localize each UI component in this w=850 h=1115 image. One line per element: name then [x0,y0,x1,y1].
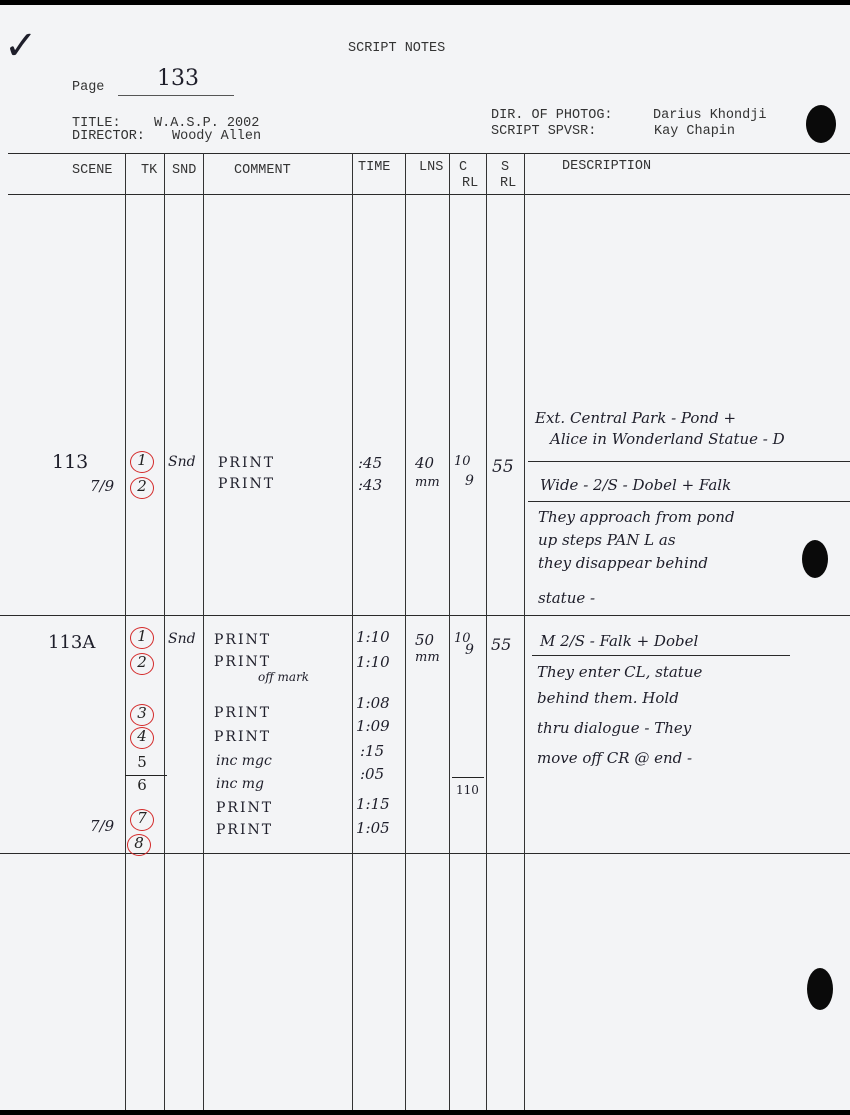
take-time: :05 [360,765,384,783]
take-number: 5 [131,753,153,771]
description-line: behind them. Hold [537,689,679,707]
col-header-snd: SND [172,163,196,178]
col-header-description: DESCRIPTION [562,159,651,174]
lens-unit: mm [415,650,440,665]
sound-roll: 55 [491,635,511,654]
col-rule-lns [405,153,406,1110]
take-comment: PRINT [218,455,275,471]
description-rule [532,655,790,656]
description-line: thru dialogue - They [537,719,691,737]
col-rule-comment [203,153,204,1110]
col-rule-tk [125,153,126,1110]
director-value: Woody Allen [172,129,261,144]
dop-label: DIR. OF PHOTOG: [491,108,613,123]
col-rule-time [352,153,353,1110]
take-comment: PRINT [214,654,271,670]
lens-unit: mm [415,475,440,490]
camera-roll-change: 110 [456,783,479,797]
table-top-rule [8,153,850,154]
camera-roll-sub: 9 [465,642,474,658]
take-comment: PRINT [218,476,275,492]
col-rule-snd [164,153,165,1110]
take-number: 1 [131,627,153,645]
lens: 40 [415,454,434,472]
description-line: statue - [538,589,595,607]
camera-roll: 10 [454,454,471,469]
take-comment: PRINT [216,822,273,838]
take-number: 7 [131,809,153,827]
roll-change-rule [452,777,484,778]
take-time: :45 [358,454,382,472]
sound-roll: 55 [492,457,514,477]
scene-number: 113 [52,451,88,473]
punch-hole-middle [802,540,828,578]
take-comment: PRINT [214,729,271,745]
description-rule [528,501,850,502]
take-time: 1:08 [356,694,390,712]
page-underline [118,95,234,96]
col-header-comment: COMMENT [234,163,291,178]
take-time: :43 [358,476,382,494]
col-rule-crl [449,153,450,1110]
camera-roll-sub: 9 [465,473,474,489]
form-title: SCRIPT NOTES [348,41,445,56]
take-number: 8 [128,834,150,852]
description-shot: Wide - 2/S - Dobel + Falk [540,476,731,494]
take-note: off mark [258,670,309,684]
col-rule-description [524,153,525,1110]
col-header-srl-top: S [501,160,509,175]
description-line: they disappear behind [538,554,708,572]
header-bottom-rule [8,194,850,195]
lens: 50 [415,631,434,649]
description-rule [528,461,850,462]
take-comment: inc mgc [216,753,272,769]
director-label: DIRECTOR: [72,129,145,144]
page-number: 133 [157,66,199,91]
scene-date: 7/9 [90,477,114,495]
sound-note: Snd [168,454,196,470]
description-heading: Ext. Central Park - Pond + [535,409,736,427]
description-line: move off CR @ end - [537,749,692,767]
take-time: 1:10 [356,628,390,646]
col-rule-srl [486,153,487,1110]
take-comment: PRINT [214,705,271,721]
script-notes-page: ✓ SCRIPT NOTES Page 133 TITLE: W.A.S.P. … [0,5,850,1110]
dop-value: Darius Khondji [653,108,766,123]
punch-hole-top [806,105,836,143]
scene-divider-rule [0,615,850,616]
take-number: 6 [131,776,153,794]
col-header-time: TIME [358,160,390,175]
description-line: They approach from pond [538,508,735,526]
take-time: 1:05 [356,819,390,837]
take-comment: inc mg [216,776,264,792]
col-header-crl-top: C [459,160,467,175]
take-number: 2 [131,653,153,671]
take-time: 1:15 [356,795,390,813]
description-heading: Alice in Wonderland Statue - D [550,430,785,448]
description-line: up steps PAN L as [538,531,676,549]
take-number: 3 [131,704,153,722]
punch-hole-bottom [807,968,833,1010]
page-label: Page [72,80,104,95]
col-header-lns: LNS [419,160,443,175]
sound-note: Snd [168,631,196,647]
col-header-scene: SCENE [72,163,113,178]
take-number: 4 [131,727,153,745]
description-shot: M 2/S - Falk + Dobel [540,632,698,650]
supervisor-value: Kay Chapin [654,124,735,139]
take-time: 1:10 [356,653,390,671]
take-comment: PRINT [216,800,273,816]
take-time: 1:09 [356,717,390,735]
scene-divider-rule-2 [0,853,850,854]
check-mark-icon: ✓ [4,23,38,69]
take-comment: PRINT [214,632,271,648]
scene-number: 113A [48,632,95,653]
scene-date: 7/9 [90,817,114,835]
col-header-crl-bottom: RL [462,176,478,191]
col-header-tk: TK [141,163,157,178]
description-line: They enter CL, statue [537,663,702,681]
take-time: :15 [360,742,384,760]
col-header-srl-bottom: RL [500,176,516,191]
take-number: 2 [131,477,153,495]
supervisor-label: SCRIPT SPVSR: [491,124,596,139]
take-number: 1 [131,451,153,469]
